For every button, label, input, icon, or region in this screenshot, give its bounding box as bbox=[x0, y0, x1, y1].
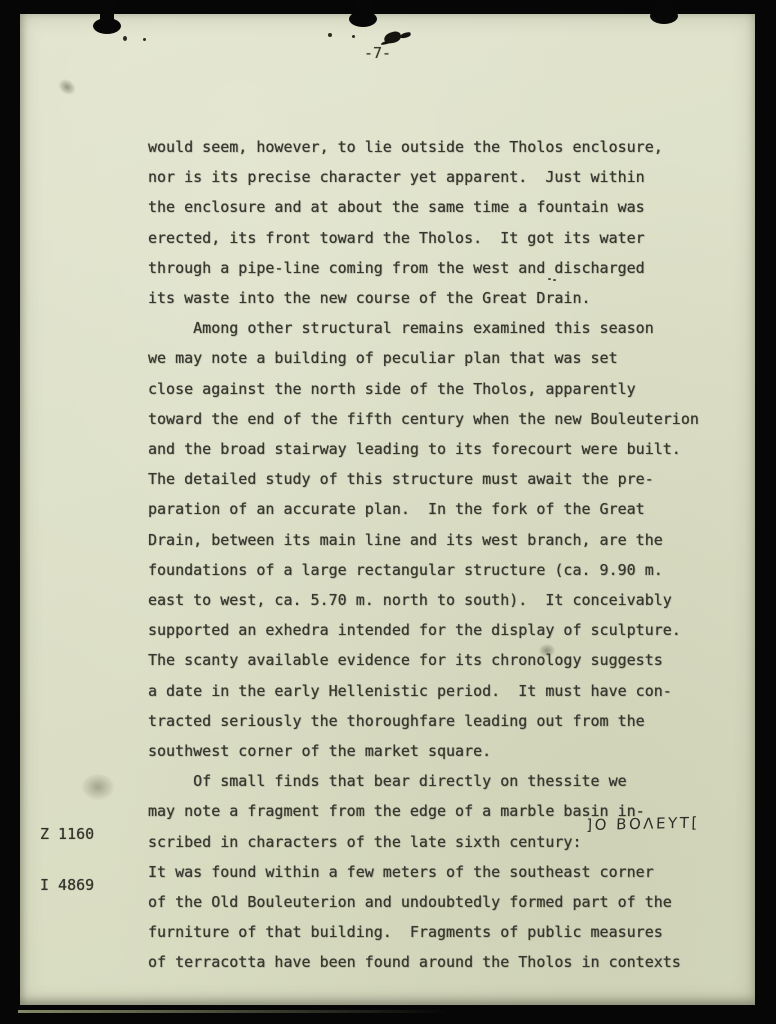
typed-line: of the Old Bouleuterion and undoubtedly … bbox=[148, 891, 672, 913]
typed-line: The detailed study of this structure mus… bbox=[148, 468, 654, 490]
typed-line: erected, its front toward the Tholos. It… bbox=[148, 227, 645, 249]
typed-line: and the broad stairway leading to its fo… bbox=[148, 438, 681, 460]
typed-line: through a pipe-line coming from the west… bbox=[148, 257, 645, 279]
typed-line: paration of an accurate plan. In the for… bbox=[148, 498, 645, 520]
margin-note-line-2: I 4869 bbox=[40, 877, 94, 894]
ink-speck bbox=[143, 38, 146, 41]
typed-line: Of small finds that bear directly on the… bbox=[148, 770, 627, 792]
typed-line: a date in the early Hellenistic period. … bbox=[148, 680, 672, 702]
binder-clip-icon bbox=[356, 0, 370, 19]
typed-line: southwest corner of the market square. bbox=[148, 740, 491, 762]
margin-catalog-note: Z 1160 I 4869 bbox=[40, 792, 94, 928]
scanned-document: -7- would seem, however, to lie outside … bbox=[0, 0, 776, 1024]
ink-speck bbox=[328, 33, 332, 37]
typed-line: The scanty available evidence for its ch… bbox=[148, 649, 663, 671]
ink-smear-artifact bbox=[383, 31, 402, 45]
typed-line: tracted seriously the thoroughfare leadi… bbox=[148, 710, 645, 732]
typed-line: would seem, however, to lie outside the … bbox=[148, 136, 663, 158]
typed-line: east to west, ca. 5.70 m. north to south… bbox=[148, 589, 672, 611]
typed-line: scribed in characters of the late sixth … bbox=[148, 831, 581, 853]
smudge-artifact bbox=[56, 76, 79, 98]
typed-line: we may note a building of peculiar plan … bbox=[148, 347, 618, 369]
typed-line: toward the end of the fifth century when… bbox=[148, 408, 699, 430]
scan-edge-artifact bbox=[18, 1010, 448, 1013]
typed-line: the enclosure and at about the same time… bbox=[148, 196, 645, 218]
typed-line: foundations of a large rectangular struc… bbox=[148, 559, 663, 581]
typed-line: It was found within a few meters of the … bbox=[148, 861, 654, 883]
typed-line: may note a fragment from the edge of a m… bbox=[148, 800, 645, 822]
typed-line: furniture of that building. Fragments of… bbox=[148, 921, 663, 943]
page-number: -7- bbox=[364, 44, 391, 62]
typed-line: supported an exhedra intended for the di… bbox=[148, 619, 681, 641]
typed-line: close against the north side of the Thol… bbox=[148, 378, 636, 400]
typed-line: Drain, between its main line and its wes… bbox=[148, 529, 663, 551]
paper-sheet: -7- would seem, however, to lie outside … bbox=[20, 14, 755, 1005]
margin-note-line-1: Z 1160 bbox=[40, 826, 94, 843]
typed-line: nor is its precise character yet apparen… bbox=[148, 166, 645, 188]
typed-line: Among other structural remains examined … bbox=[148, 317, 654, 339]
binder-clip-icon bbox=[657, 0, 671, 16]
handwritten-greek-inscription: ]Ο ΒΟΛΕΥΤ[ bbox=[586, 814, 700, 834]
ink-speck bbox=[352, 35, 355, 38]
typed-line: of terracotta have been found around the… bbox=[148, 951, 681, 973]
ink-speck bbox=[123, 36, 127, 41]
binder-clip-icon bbox=[100, 0, 114, 26]
typed-text-block: would seem, however, to lie outside the … bbox=[148, 136, 738, 996]
typed-line: its waste into the new course of the Gre… bbox=[148, 287, 591, 309]
